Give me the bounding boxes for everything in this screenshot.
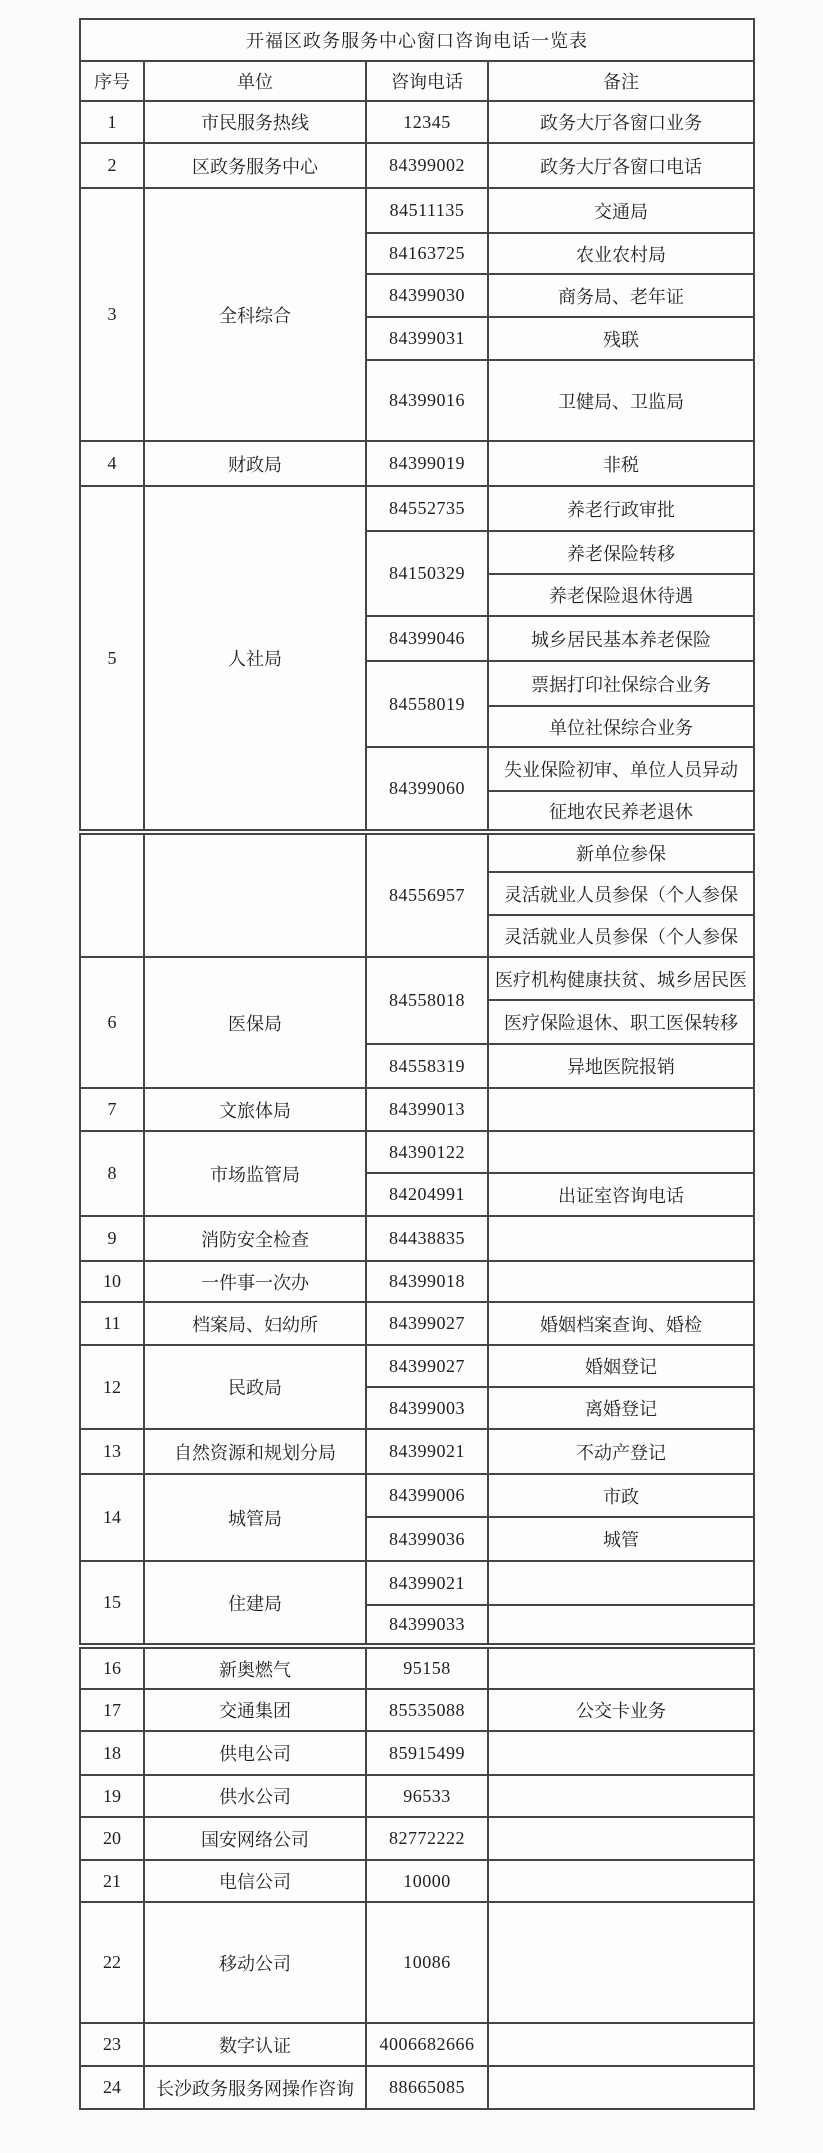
cell-remark (488, 1605, 754, 1646)
cell-num: 8 (80, 1131, 144, 1216)
cell-remark (488, 1561, 754, 1605)
table-row: 19供水公司96533 (80, 1775, 754, 1817)
cell-phone: 84558319 (366, 1044, 488, 1088)
cell-unit: 民政局 (144, 1345, 366, 1429)
table-row: 22移动公司10086 (80, 1902, 754, 2023)
table-row: 84556957新单位参保 (80, 832, 754, 872)
cell-unit: 交通集团 (144, 1689, 366, 1731)
cell-phone: 4006682666 (366, 2023, 488, 2066)
cell-remark: 出证室咨询电话 (488, 1173, 754, 1216)
cell-remark (488, 1902, 754, 2023)
table-row: 1市民服务热线12345政务大厅各窗口业务 (80, 101, 754, 143)
cell-remark: 单位社保综合业务 (488, 706, 754, 747)
cell-num: 17 (80, 1689, 144, 1731)
table-row: 12民政局84399027婚姻登记 (80, 1345, 754, 1387)
cell-num: 13 (80, 1429, 144, 1474)
cell-phone: 95158 (366, 1646, 488, 1689)
table-head: 开福区政务服务中心窗口咨询电话一览表 序号 单位 咨询电话 备注 (80, 19, 754, 101)
cell-num: 3 (80, 188, 144, 441)
cell-num: 21 (80, 1860, 144, 1902)
cell-num: 6 (80, 957, 144, 1088)
cell-phone: 85915499 (366, 1731, 488, 1775)
cell-phone: 85535088 (366, 1689, 488, 1731)
cell-num: 15 (80, 1561, 144, 1646)
cell-unit: 国安网络公司 (144, 1817, 366, 1860)
cell-unit: 医保局 (144, 957, 366, 1088)
cell-phone: 10086 (366, 1902, 488, 2023)
column-header-unit: 单位 (144, 61, 366, 101)
cell-unit: 住建局 (144, 1561, 366, 1646)
cell-phone: 88665085 (366, 2066, 488, 2109)
cell-remark: 不动产登记 (488, 1429, 754, 1474)
cell-unit: 长沙政务服务网操作咨询 (144, 2066, 366, 2109)
cell-phone: 84399031 (366, 317, 488, 360)
column-header-phone: 咨询电话 (366, 61, 488, 101)
table-row: 4财政局84399019非税 (80, 441, 754, 486)
cell-remark: 医疗保险退休、职工医保转移 (488, 1000, 754, 1044)
cell-phone: 84399019 (366, 441, 488, 486)
table-row: 18供电公司85915499 (80, 1731, 754, 1775)
cell-remark: 养老行政审批 (488, 486, 754, 531)
table-row: 11档案局、妇幼所84399027婚姻档案查询、婚检 (80, 1302, 754, 1345)
cell-remark: 商务局、老年证 (488, 274, 754, 317)
table-row: 3全科综合84511135交通局 (80, 188, 754, 233)
table-row: 6医保局84558018医疗机构健康扶贫、城乡居民医 (80, 957, 754, 1000)
cell-num: 19 (80, 1775, 144, 1817)
cell-remark (488, 1860, 754, 1902)
cell-phone: 84399046 (366, 616, 488, 661)
cell-phone: 84399060 (366, 747, 488, 832)
cell-phone: 84558018 (366, 957, 488, 1044)
cell-remark: 医疗机构健康扶贫、城乡居民医 (488, 957, 754, 1000)
cell-remark (488, 1646, 754, 1689)
cell-phone: 84163725 (366, 233, 488, 274)
cell-phone: 84511135 (366, 188, 488, 233)
cell-num: 10 (80, 1261, 144, 1302)
cell-remark: 市政 (488, 1474, 754, 1517)
cell-remark: 政务大厅各窗口业务 (488, 101, 754, 143)
cell-phone: 84399016 (366, 360, 488, 441)
cell-phone: 84552735 (366, 486, 488, 531)
column-header-remark: 备注 (488, 61, 754, 101)
table-title: 开福区政务服务中心窗口咨询电话一览表 (80, 19, 754, 61)
cell-remark: 残联 (488, 317, 754, 360)
cell-num: 11 (80, 1302, 144, 1345)
cell-phone: 84399030 (366, 274, 488, 317)
cell-unit: 人社局 (144, 486, 366, 832)
cell-unit: 一件事一次办 (144, 1261, 366, 1302)
cell-num: 22 (80, 1902, 144, 2023)
cell-remark: 政务大厅各窗口电话 (488, 143, 754, 188)
table-row: 10一件事一次办84399018 (80, 1261, 754, 1302)
cell-phone: 84399006 (366, 1474, 488, 1517)
cell-unit: 市场监管局 (144, 1131, 366, 1216)
phone-directory-table: 开福区政务服务中心窗口咨询电话一览表 序号 单位 咨询电话 备注 1市民服务热线… (79, 18, 755, 2110)
cell-num: 2 (80, 143, 144, 188)
cell-phone: 84150329 (366, 531, 488, 616)
cell-num: 4 (80, 441, 144, 486)
cell-remark: 新单位参保 (488, 832, 754, 872)
cell-phone: 84399021 (366, 1429, 488, 1474)
cell-num: 18 (80, 1731, 144, 1775)
cell-num: 9 (80, 1216, 144, 1261)
cell-remark: 离婚登记 (488, 1387, 754, 1429)
table-row: 21电信公司10000 (80, 1860, 754, 1902)
title-row: 开福区政务服务中心窗口咨询电话一览表 (80, 19, 754, 61)
cell-phone: 84438835 (366, 1216, 488, 1261)
cell-num: 23 (80, 2023, 144, 2066)
cell-remark: 公交卡业务 (488, 1689, 754, 1731)
cell-unit: 新奥燃气 (144, 1646, 366, 1689)
cell-phone: 84399018 (366, 1261, 488, 1302)
cell-num: 16 (80, 1646, 144, 1689)
cell-remark: 城管 (488, 1517, 754, 1561)
cell-remark: 养老保险退休待遇 (488, 574, 754, 616)
cell-unit: 数字认证 (144, 2023, 366, 2066)
cell-remark (488, 1261, 754, 1302)
cell-num: 14 (80, 1474, 144, 1561)
table-row: 23数字认证4006682666 (80, 2023, 754, 2066)
cell-phone: 84399002 (366, 143, 488, 188)
cell-unit: 财政局 (144, 441, 366, 486)
cell-unit: 档案局、妇幼所 (144, 1302, 366, 1345)
cell-remark: 婚姻登记 (488, 1345, 754, 1387)
page: 开福区政务服务中心窗口咨询电话一览表 序号 单位 咨询电话 备注 1市民服务热线… (0, 0, 823, 2153)
cell-remark: 灵活就业人员参保（个人参保 (488, 915, 754, 957)
cell-remark: 交通局 (488, 188, 754, 233)
cell-num (80, 832, 144, 957)
cell-remark: 城乡居民基本养老保险 (488, 616, 754, 661)
cell-unit: 供电公司 (144, 1731, 366, 1775)
cell-phone: 84558019 (366, 661, 488, 747)
cell-num: 12 (80, 1345, 144, 1429)
cell-remark: 灵活就业人员参保（个人参保 (488, 872, 754, 915)
cell-remark (488, 1216, 754, 1261)
cell-remark: 婚姻档案查询、婚检 (488, 1302, 754, 1345)
cell-remark (488, 1775, 754, 1817)
cell-phone: 12345 (366, 101, 488, 143)
cell-remark: 非税 (488, 441, 754, 486)
cell-unit: 移动公司 (144, 1902, 366, 2023)
cell-remark: 卫健局、卫监局 (488, 360, 754, 441)
cell-phone: 84399033 (366, 1605, 488, 1646)
table-row: 5人社局84552735养老行政审批 (80, 486, 754, 531)
cell-phone: 84399027 (366, 1345, 488, 1387)
cell-remark: 票据打印社保综合业务 (488, 661, 754, 706)
table-body: 1市民服务热线12345政务大厅各窗口业务2区政务服务中心84399002政务大… (80, 101, 754, 2109)
cell-remark: 养老保险转移 (488, 531, 754, 574)
cell-num: 20 (80, 1817, 144, 1860)
table-row: 13自然资源和规划分局84399021不动产登记 (80, 1429, 754, 1474)
cell-unit: 自然资源和规划分局 (144, 1429, 366, 1474)
cell-unit: 消防安全检查 (144, 1216, 366, 1261)
table-row: 9消防安全检查84438835 (80, 1216, 754, 1261)
cell-phone: 84204991 (366, 1173, 488, 1216)
cell-unit: 文旅体局 (144, 1088, 366, 1131)
cell-unit: 供水公司 (144, 1775, 366, 1817)
cell-num: 24 (80, 2066, 144, 2109)
table-row: 20国安网络公司82772222 (80, 1817, 754, 1860)
cell-phone: 84399036 (366, 1517, 488, 1561)
cell-phone: 10000 (366, 1860, 488, 1902)
cell-remark: 征地农民养老退休 (488, 791, 754, 832)
table-row: 8市场监管局84390122 (80, 1131, 754, 1173)
header-row: 序号 单位 咨询电话 备注 (80, 61, 754, 101)
cell-phone: 84399003 (366, 1387, 488, 1429)
cell-phone: 84399013 (366, 1088, 488, 1131)
cell-unit (144, 832, 366, 957)
cell-phone: 84399027 (366, 1302, 488, 1345)
cell-phone: 84390122 (366, 1131, 488, 1173)
table-row: 2区政务服务中心84399002政务大厅各窗口电话 (80, 143, 754, 188)
cell-remark: 失业保险初审、单位人员异动 (488, 747, 754, 791)
cell-remark (488, 2023, 754, 2066)
cell-remark (488, 1817, 754, 1860)
cell-unit: 全科综合 (144, 188, 366, 441)
table-row: 24长沙政务服务网操作咨询88665085 (80, 2066, 754, 2109)
cell-unit: 城管局 (144, 1474, 366, 1561)
table-row: 14城管局84399006市政 (80, 1474, 754, 1517)
cell-phone: 84556957 (366, 832, 488, 957)
cell-remark: 异地医院报销 (488, 1044, 754, 1088)
table-row: 16新奥燃气95158 (80, 1646, 754, 1689)
cell-remark: 农业农村局 (488, 233, 754, 274)
cell-unit: 区政务服务中心 (144, 143, 366, 188)
table-row: 15住建局84399021 (80, 1561, 754, 1605)
table-row: 17交通集团85535088公交卡业务 (80, 1689, 754, 1731)
cell-phone: 96533 (366, 1775, 488, 1817)
cell-remark (488, 1731, 754, 1775)
cell-unit: 电信公司 (144, 1860, 366, 1902)
cell-unit: 市民服务热线 (144, 101, 366, 143)
cell-phone: 82772222 (366, 1817, 488, 1860)
cell-phone: 84399021 (366, 1561, 488, 1605)
cell-num: 1 (80, 101, 144, 143)
cell-remark (488, 1088, 754, 1131)
cell-num: 7 (80, 1088, 144, 1131)
column-header-index: 序号 (80, 61, 144, 101)
cell-num: 5 (80, 486, 144, 832)
cell-remark (488, 1131, 754, 1173)
table-row: 7文旅体局84399013 (80, 1088, 754, 1131)
cell-remark (488, 2066, 754, 2109)
